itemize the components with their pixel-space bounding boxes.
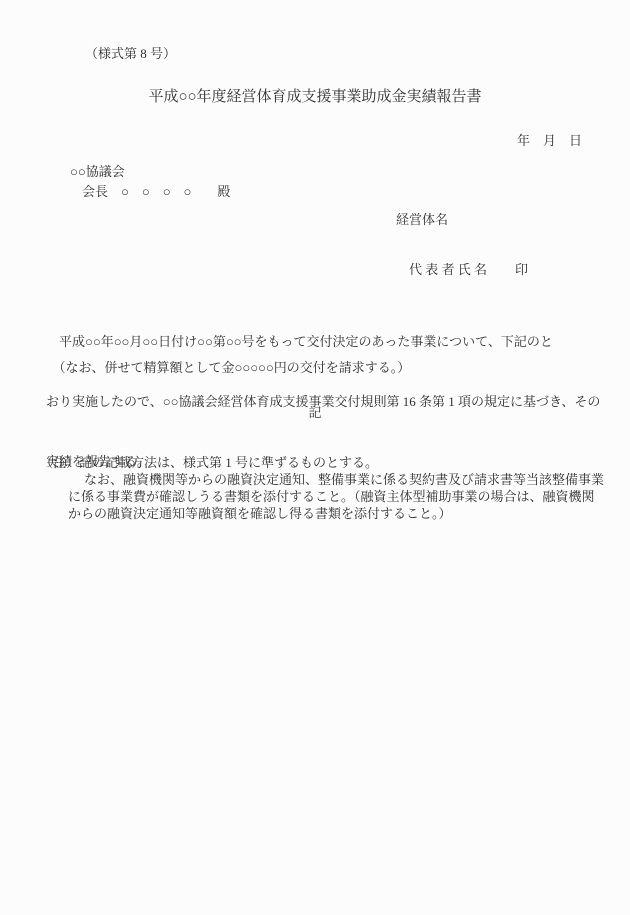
note-line-4: からの融資決定通知等融資額を確認し得る書類を添付すること。） — [68, 506, 452, 522]
report-form-page: （様式第 8 号） 平成○○年度経営体育成支援事業助成金実績報告書 年 月 日 … — [0, 0, 630, 915]
entity-name-label: 経営体名 — [396, 212, 448, 228]
settlement-request-note: （なお、併せて精算額として金○○○○○円の交付を請求する。） — [46, 360, 410, 376]
note-line-3: に係る事業費が確認しうる書類を添付すること。（融資主体型補助事業の場合は、融資機… — [68, 489, 595, 505]
note-line-1: （注）記の記載方法は、様式第 1 号に準ずるものとする。 — [40, 455, 378, 471]
document-title: 平成○○年度経営体育成支援事業助成金実績報告書 — [0, 88, 630, 106]
record-heading: 記 — [0, 405, 630, 421]
form-number: （様式第 8 号） — [85, 46, 176, 62]
addressee-organization: ○○協議会 — [70, 164, 125, 180]
note-line-2: なお、融資機関等からの融資決定通知、整備事業に係る契約書及び請求書等当該整備事業 — [84, 472, 604, 488]
seal-label: 印 — [515, 262, 528, 277]
representative-line: 代 表 者 氏 名印 — [396, 246, 528, 294]
date-line: 年 月 日 — [517, 133, 582, 149]
main-paragraph-line-1: 平成○○年○○月○○日付け○○第○○号をもって交付決定のあった事業について、下記… — [46, 332, 600, 352]
representative-name-label: 代 表 者 氏 名 — [409, 262, 487, 277]
addressee-chairman-line: 会長 ○ ○ ○ ○ 殿 — [82, 184, 230, 200]
